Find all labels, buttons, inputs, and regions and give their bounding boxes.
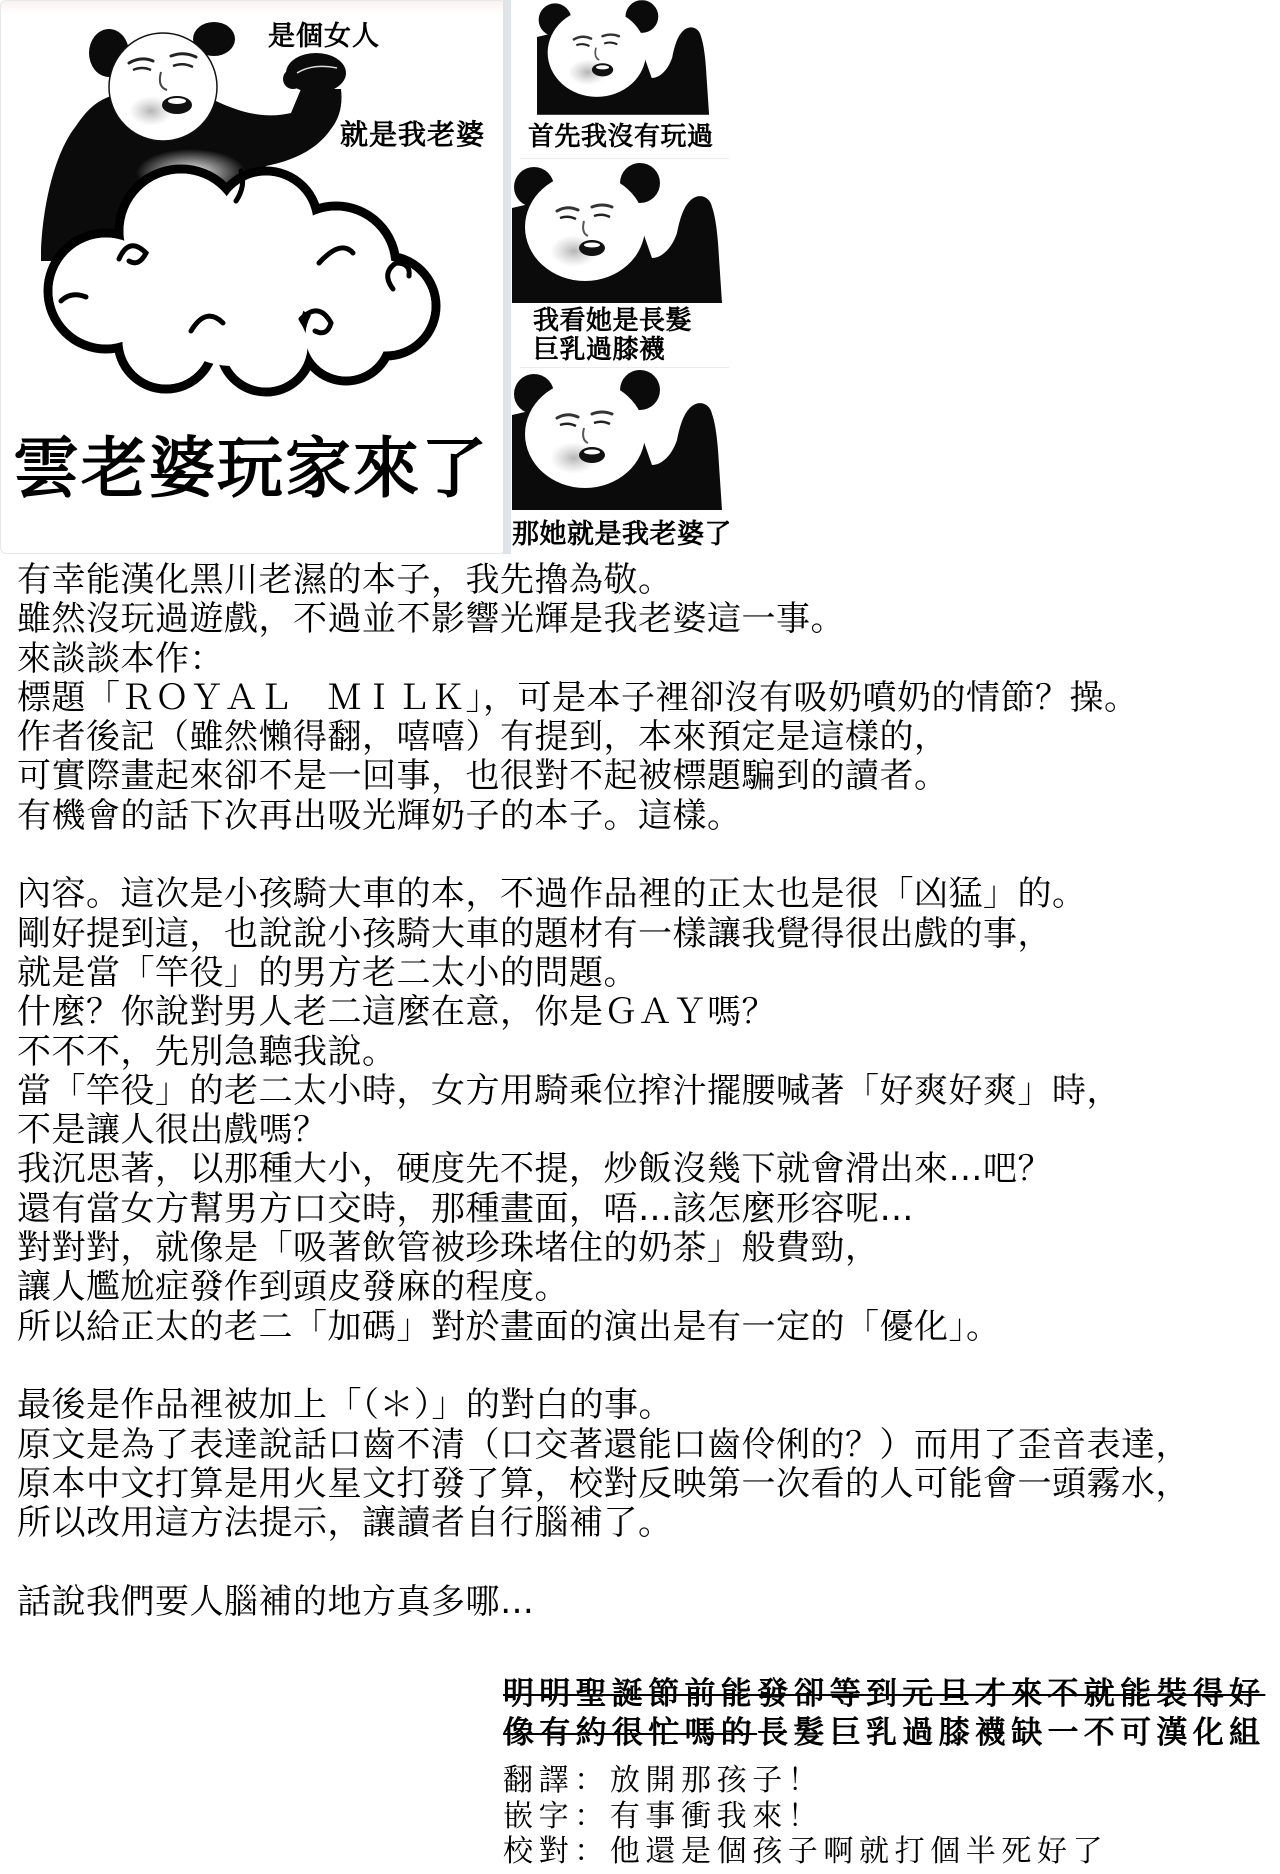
paragraph-gap: [17, 1347, 1272, 1386]
role-label: 翻譯: [503, 1763, 574, 1798]
meme-strip-column: 首先我沒有玩過 我看她是長髮 巨乳過膝襪 那她就是我老婆了: [503, 0, 729, 554]
panel-divider: [520, 158, 729, 159]
paragraph-intro: 有幸能漢化黑川老濕的本子，我先擼為敬。 雖然沒玩過遊戲，不過並不影響光輝是我老婆…: [17, 561, 1272, 836]
body-line: 不是讓人很出戲嗎？: [17, 1111, 1272, 1150]
body-line: 對對對，就像是「吸著飲管被珍珠堵住的奶茶」般費勁，: [17, 1229, 1272, 1268]
body-line: 可實際畫起來卻不是一回事，也很對不起被標題騙到的讀者。: [17, 757, 1272, 796]
role-separator: ：: [574, 1799, 610, 1834]
staff-roles: 翻譯：放開那孩子！ 嵌字：有事衝我來！ 校對：他還是個孩子啊就打個半死好了: [503, 1763, 1273, 1870]
body-line: 我沉思著，以那種大小，硬度先不提，炒飯沒幾下就會滑出來…吧？: [17, 1150, 1272, 1189]
body-line: 最後是作品裡被加上「（＊）」的對白的事。: [17, 1386, 1272, 1425]
panda-face-image-3: [512, 370, 728, 510]
caption-panel-2-line-1: 我看她是長髮: [533, 307, 692, 336]
role-typesetting: 嵌字：有事衝我來！: [503, 1799, 1273, 1835]
body-line: 讓人尷尬症發作到頭皮發麻的程度。: [17, 1268, 1272, 1307]
translator-notes: 有幸能漢化黑川老濕的本子，我先擼為敬。 雖然沒玩過遊戲，不過並不影響光輝是我老婆…: [17, 561, 1272, 1622]
body-line: 來談談本作：: [17, 640, 1272, 679]
body-line: 原本中文打算是用火星文打發了算，校對反映第一次看的人可能會一頭霧水，: [17, 1465, 1272, 1504]
body-line: 剛好提到這，也說說小孩騎大車的題材有一樣讓我覺得很出戲的事，: [17, 915, 1272, 954]
body-line: 話說我們要人腦補的地方真多哪…: [17, 1583, 1272, 1622]
role-separator: ：: [574, 1763, 610, 1798]
role-translation: 翻譯：放開那孩子！: [503, 1763, 1273, 1799]
body-line: 就是當「竿役」的男方老二太小的問題。: [17, 954, 1272, 993]
meme-title: 雲老婆玩家來了: [13, 429, 489, 509]
paragraph-gap: [17, 836, 1272, 875]
paragraph-content: 內容。這次是小孩騎大車的本，不過作品裡的正太也是很「凶猛」的。 剛好提到這，也說…: [17, 875, 1272, 1347]
role-proofreading: 校對：他還是個孩子啊就打個半死好了: [503, 1834, 1273, 1870]
group-name-line-1: 明明聖誕節前能發卻等到元旦才來不就能裝得好: [503, 1675, 1273, 1714]
body-line: 作者後記（雖然懶得翻，嘻嘻）有提到，本來預定是這樣的，: [17, 718, 1272, 757]
role-label: 嵌字: [503, 1799, 574, 1834]
caption-panel-3: 那她就是我老婆了: [512, 520, 729, 549]
body-line: 不不不，先別急聽我說。: [17, 1033, 1272, 1072]
panda-face-image-2: [512, 163, 728, 303]
body-line: 內容。這次是小孩騎大車的本，不過作品裡的正太也是很「凶猛」的。: [17, 875, 1272, 914]
role-label: 校對: [503, 1834, 574, 1869]
paragraph-dialogue-note: 最後是作品裡被加上「（＊）」的對白的事。 原文是為了表達說話口齒不清（口交著還能…: [17, 1386, 1272, 1543]
body-line: 還有當女方幫男方口交時，那種畫面，唔…該怎麼形容呢…: [17, 1190, 1272, 1229]
credits-block: 明明聖誕節前能發卻等到元旦才來不就能裝得好 像有約很忙嗎的長髮巨乳過膝襪缺一不可…: [503, 1675, 1273, 1870]
body-line: 標題「ＲＯＹＡＬ ＭＩＬＫ」，可是本子裡卻沒有吸奶噴奶的情節？操。: [17, 679, 1272, 718]
body-line: 有幸能漢化黑川老濕的本子，我先擼為敬。: [17, 561, 1272, 600]
struck-group-name-part: 明明聖誕節前能發卻等到元旦才來不就能裝得好: [503, 1676, 1265, 1712]
struck-group-name-part: 像有約很忙嗎的: [503, 1715, 757, 1751]
caption-panel-1: 首先我沒有玩過: [528, 123, 714, 152]
body-line: 什麼？你說對男人老二這麼在意，你是ＧＡＹ嗎？: [17, 993, 1272, 1032]
speech-text-is-my-wife: 就是我老婆: [340, 119, 485, 151]
role-separator: ：: [574, 1834, 610, 1869]
caption-panel-2-line-2: 巨乳過膝襪: [533, 336, 666, 365]
group-name-line-2: 像有約很忙嗎的長髮巨乳過膝襪缺一不可漢化組: [503, 1714, 1273, 1753]
meme-main-panel: 是個女人 就是我老婆 雲老婆玩家來了: [0, 0, 506, 554]
body-line: 原文是為了表達說話口齒不清（口交著還能口齒伶俐的？）而用了歪音表達，: [17, 1426, 1272, 1465]
body-line: 所以給正太的老二「加碼」對於畫面的演出是有一定的「優化」。: [17, 1308, 1272, 1347]
panda-face-image-1: [537, 0, 714, 115]
group-name: 長髮巨乳過膝襪缺一不可漢化組: [757, 1715, 1265, 1751]
panel-divider: [520, 367, 729, 368]
role-name: 放開那孩子！: [610, 1763, 824, 1798]
paragraph-closing: 話說我們要人腦補的地方真多哪…: [17, 1583, 1272, 1622]
role-name: 有事衝我來！: [610, 1799, 824, 1834]
role-name: 他還是個孩子啊就打個半死好了: [610, 1834, 1108, 1869]
paragraph-gap: [17, 1543, 1272, 1582]
body-line: 當「竿役」的老二太小時，女方用騎乘位搾汁擺腰喊著「好爽好爽」時，: [17, 1072, 1272, 1111]
body-line: 有機會的話下次再出吸光輝奶子的本子。這樣。: [17, 797, 1272, 836]
speech-text-is-a-woman: 是個女人: [268, 21, 380, 53]
body-line: 雖然沒玩過遊戲，不過並不影響光輝是我老婆這一事。: [17, 600, 1272, 639]
body-line: 所以改用這方法提示，讓讀者自行腦補了。: [17, 1504, 1272, 1543]
